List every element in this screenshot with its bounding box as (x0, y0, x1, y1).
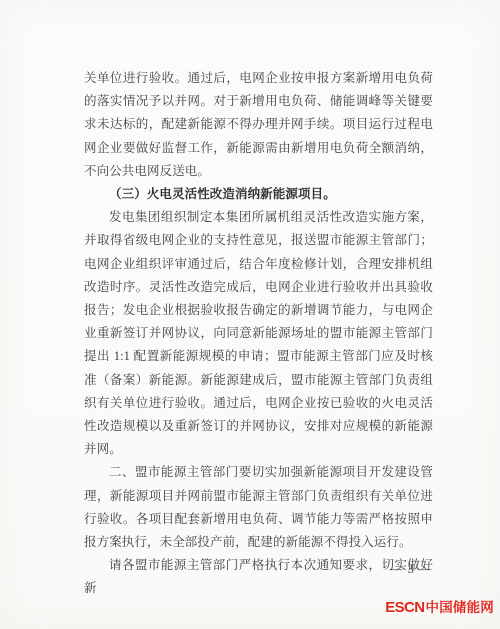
paragraph: 请各盟市能源主管部门严格执行本次通知要求，切实做好新 (84, 554, 433, 600)
escn-logo-cjk-text: 中国储能网 (426, 600, 495, 615)
paragraph: 发电集团组织制定本集团所属机组灵活性改造实施方案，并取得省级电网企业的支持性意见… (84, 206, 433, 461)
page-number: — 3 — (390, 562, 433, 577)
paragraph: 二、盟市能源主管部门要切实加强新能源项目开发建设管理，新能源项目并网前盟市能源主… (84, 461, 433, 554)
escn-logo-latin-text: ESCN (385, 599, 424, 616)
section-heading: （三）火电灵活性改造消纳新能源项目。 (84, 183, 433, 206)
escn-watermark: ESCN中国储能网 (385, 599, 494, 616)
scanned-document-page: 关单位进行验收。通过后，电网企业按申报方案新增用电负荷的落实情况予以并网。对于新… (0, 0, 500, 629)
paragraph-continuation: 关单位进行验收。通过后，电网企业按申报方案新增用电负荷的落实情况予以并网。对于新… (84, 67, 433, 183)
document-body: 关单位进行验收。通过后，电网企业按申报方案新增用电负荷的落实情况予以并网。对于新… (84, 67, 433, 601)
